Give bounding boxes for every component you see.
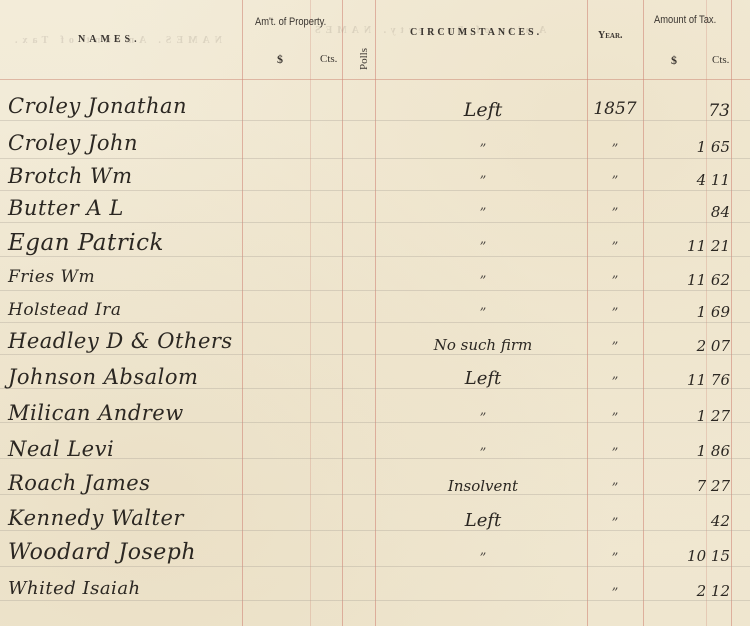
row-name: Egan Patrick [8,230,164,256]
property-cents-rule [342,0,343,626]
row-year: ” [587,551,643,566]
row-circumstances: ” [378,411,588,426]
row-tax: 1 27 [650,407,730,425]
row-year: ” [587,586,643,601]
row-tax: 42 [650,512,730,530]
row-tax: 7 27 [650,477,730,495]
row-tax: 1 69 [650,303,730,321]
row-year: ” [587,274,643,289]
row-rule [0,322,750,323]
row-name: Neal Levi [8,437,114,461]
ledger-page: NAMES. Amount of Tax. Am't. of Property.… [0,0,750,626]
row-name: Brotch Wm [8,164,133,188]
row-rule [0,190,750,191]
row-tax: 73 [650,101,730,121]
row-rule [0,256,750,257]
row-circumstances: Insolvent [378,477,588,495]
names-column-rule [242,0,243,626]
row-circumstances: ” [378,174,588,189]
row-year: ” [587,340,643,355]
row-year: ” [587,411,643,426]
row-year: ” [587,174,643,189]
row-name: Butter A L [8,196,124,220]
property-dollars-header: $ [277,52,283,67]
row-tax: 4 11 [650,171,730,189]
row-name: Woodard Joseph [8,540,196,565]
row-circumstances: Left [378,510,588,531]
year-column-rule [643,0,644,626]
row-tax: 11 21 [650,237,730,255]
circumstances-header: CIRCUMSTANCES. [410,27,542,38]
row-circumstances: Left [378,99,588,121]
header-rule [0,79,750,80]
row-rule [0,566,750,567]
row-tax: 11 62 [650,271,730,289]
tax-cents-header: Cts. [712,54,729,66]
row-circumstances: No such firm [378,336,588,354]
row-rule [0,222,750,223]
row-name: Roach James [8,471,151,495]
row-circumstances: Left [378,368,588,389]
polls-column-rule [375,0,376,626]
row-tax: 11 76 [650,371,730,389]
row-tax: 2 07 [650,337,730,355]
row-name: Whited Isaiah [8,578,141,599]
row-name: Croley Jonathan [8,94,187,118]
row-tax: 2 12 [650,582,730,600]
row-rule [0,120,750,121]
row-name: Holstead Ira [8,300,122,320]
row-circumstances: ” [378,551,588,566]
tax-cents-rule [731,0,732,626]
row-rule [0,158,750,159]
row-tax: 84 [650,203,730,221]
row-name: Fries Wm [8,267,95,287]
names-header: NAMES. [78,34,141,45]
row-tax: 10 15 [650,547,730,565]
row-name: Milican Andrew [8,401,184,425]
row-name: Headley D & Others [8,329,233,353]
row-tax: 1 65 [650,138,730,156]
row-tax: 1 86 [650,442,730,460]
row-year: ” [587,306,643,321]
row-circumstances: ” [378,206,588,221]
row-name: Johnson Absalom [8,365,198,389]
tax-dollars-header: $ [671,53,677,68]
polls-header: Polls [358,48,370,70]
row-circumstances: ” [378,446,588,461]
row-year: ” [587,375,643,390]
row-name: Kennedy Walter [8,506,184,530]
row-year: ” [587,481,643,496]
year-header: Year. [598,30,623,41]
row-year: ” [587,446,643,461]
row-rule [0,290,750,291]
row-year: ” [587,516,643,531]
property-dollars-rule [310,0,311,626]
property-cents-header: Cts. [320,53,337,65]
tax-header: Amount of Tax. [654,14,716,26]
row-year: ” [587,240,643,255]
row-year: ” [587,206,643,221]
row-year: 1857 [587,99,643,119]
row-circumstances: ” [378,306,588,321]
property-header: Am't. of Property. [255,16,326,28]
row-year: ” [587,142,643,157]
row-circumstances: ” [378,240,588,255]
row-circumstances: ” [378,142,588,157]
row-circumstances: ” [378,274,588,289]
row-name: Croley John [8,131,138,155]
